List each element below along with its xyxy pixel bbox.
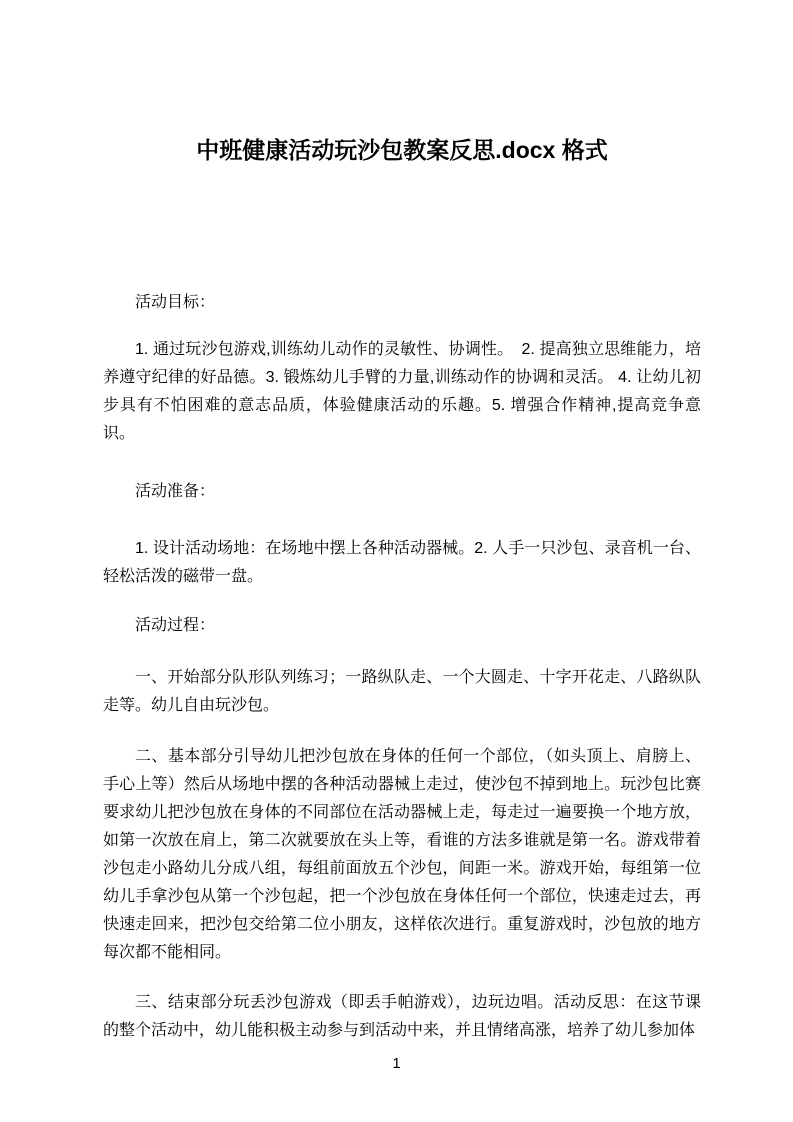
page-number: 1	[0, 1050, 793, 1078]
heading-activity-goals: 活动目标：	[103, 289, 701, 317]
heading-activity-process: 活动过程：	[103, 612, 701, 640]
paragraph-activity-preparation: 1. 设计活动场地：在场地中摆上各种活动器械。2. 人手一只沙包、录音机一台、轻…	[103, 535, 701, 591]
heading-activity-preparation: 活动准备：	[103, 478, 701, 506]
document-title: 中班健康活动玩沙包教案反思.docx 格式	[103, 133, 701, 167]
document-page: 中班健康活动玩沙包教案反思.docx 格式 活动目标： 1. 通过玩沙包游戏,训…	[0, 0, 793, 1122]
paragraph-activity-goals: 1. 通过玩沙包游戏,训练幼儿动作的灵敏性、协调性。 2. 提高独立思维能力，培…	[103, 336, 701, 448]
paragraph-process-part-two: 二、基本部分引导幼儿把沙包放在身体的任何一个部位，（如头顶上、肩膀上、手心上等）…	[103, 743, 701, 967]
paragraph-process-part-three: 三、结束部分玩丢沙包游戏（即丢手帕游戏），边玩边唱。活动反思：在这节课的整个活动…	[103, 989, 701, 1045]
paragraph-process-part-one: 一、开始部分队形队列练习；一路纵队走、一个大圆走、十字开花走、八路纵队走等。幼儿…	[103, 664, 701, 720]
